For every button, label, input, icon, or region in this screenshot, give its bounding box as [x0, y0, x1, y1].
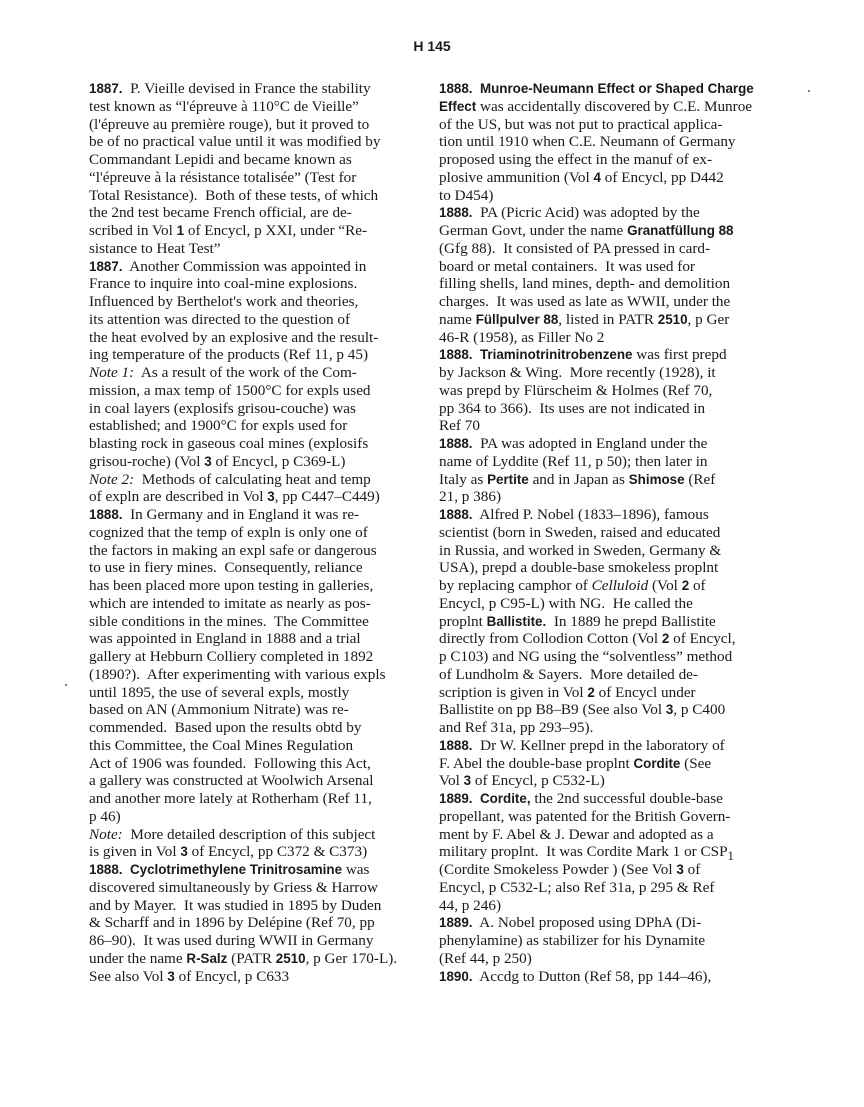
text: Dr W. Kellner prepd in the laboratory of — [473, 737, 725, 754]
text-line: 1890. Accdg to Dutton (Ref 58, pp 144–46… — [439, 968, 784, 986]
text-line: mission, a max temp of 1500°C for expls … — [89, 382, 434, 400]
left-column: 1887. P. Vieille devised in France the s… — [89, 80, 434, 985]
text-line: a gallery was constructed at Woolwich Ar… — [89, 772, 434, 790]
text: F. Abel the double-base proplnt — [439, 755, 634, 772]
text: a gallery was constructed at Woolwich Ar… — [89, 772, 373, 789]
text: commended. Based upon the results obtd b… — [89, 719, 362, 736]
text: Influenced by Berthelot's work and theor… — [89, 293, 358, 310]
text: in coal layers (explosifs grisou-couche)… — [89, 400, 356, 417]
text: was prepd by Flürscheim & Holmes (Ref 70… — [439, 382, 712, 399]
bold-text: Granatfüllung 88 — [627, 223, 733, 238]
text: In 1889 he prepd Ballistite — [546, 613, 716, 630]
text-line: (l'épreuve au première rouge), but it pr… — [89, 116, 434, 134]
bold-text: Cordite — [634, 756, 681, 771]
text: military proplnt. It was Cordite Mark 1 … — [439, 843, 728, 860]
text: 46-R (1958), as Filler No 2 — [439, 329, 604, 346]
bold-text: 1887. — [89, 259, 123, 274]
text-line: p 46) — [89, 808, 434, 826]
text-line: commended. Based upon the results obtd b… — [89, 719, 434, 737]
text-line: to D454) — [439, 187, 784, 205]
text-line: propellant, was patented for the British… — [439, 808, 784, 826]
text-line: France to inquire into coal-mine explosi… — [89, 275, 434, 293]
text: has been placed more upon testing in gal… — [89, 577, 373, 594]
text: of Encycl, p C532-L) — [471, 772, 605, 789]
text: “l'épreuve à la résistance totalisée” (T… — [89, 169, 356, 186]
text: USA), prepd a double-base smokeless prop… — [439, 559, 718, 576]
text: gallery at Hebburn Colliery completed in… — [89, 648, 373, 665]
text-line: proplnt Ballistite. In 1889 he prepd Bal… — [439, 613, 784, 631]
text: based on AN (Ammonium Nitrate) was re- — [89, 701, 349, 718]
text-line: and by Mayer. It was studied in 1895 by … — [89, 897, 434, 915]
text: See also Vol — [89, 968, 167, 985]
scan-speck — [339, 109, 341, 111]
scan-speck — [808, 90, 810, 92]
text-line: Commandant Lepidi and became known as — [89, 151, 434, 169]
text: blasting rock in gaseous coal mines (exp… — [89, 435, 368, 452]
text-line: cognized that the temp of expln is only … — [89, 524, 434, 542]
text: to use in fiery mines. Consequently, rel… — [89, 559, 363, 576]
bold-text: 1888. — [89, 507, 123, 522]
text: France to inquire into coal-mine explosi… — [89, 275, 357, 292]
text-line: Influenced by Berthelot's work and theor… — [89, 293, 434, 311]
text-line: 44, p 246) — [439, 897, 784, 915]
text: proplnt — [439, 613, 487, 630]
text-line: was appointed in England in 1888 and a t… — [89, 630, 434, 648]
text: and in Japan as — [529, 471, 629, 488]
text-line: scription is given in Vol 2 of Encycl un… — [439, 684, 784, 702]
text-line: Encycl, p C532-L; also Ref 31a, p 295 & … — [439, 879, 784, 897]
right-column: 1888. Munroe-Neumann Effect or Shaped Ch… — [439, 80, 784, 985]
text: 21, p 386) — [439, 488, 501, 505]
text-line: “l'épreuve à la résistance totalisée” (T… — [89, 169, 434, 187]
text: discovered simultaneously by Griess & Ha… — [89, 879, 378, 896]
text-line: 86–90). It was used during WWII in Germa… — [89, 932, 434, 950]
text-line: 1888. PA was adopted in England under th… — [439, 435, 784, 453]
text: and another more lately at Rotherham (Re… — [89, 790, 372, 807]
text: 44, p 246) — [439, 897, 501, 914]
text: Italy as — [439, 471, 487, 488]
text-line: by replacing camphor of Celluloid (Vol 2… — [439, 577, 784, 595]
text-line: Note 1: As a result of the work of the C… — [89, 364, 434, 382]
text: (See — [680, 755, 711, 772]
text: German Govt, under the name — [439, 222, 627, 239]
text-line: (Cordite Smokeless Powder ) (See Vol 3 o… — [439, 861, 784, 879]
text-line: proposed using the effect in the manuf o… — [439, 151, 784, 169]
text: of Encycl, p C633 — [175, 968, 289, 985]
text: Accdg to Dutton (Ref 58, pp 144–46), — [473, 968, 712, 985]
text: (Vol — [648, 577, 681, 594]
text: to D454) — [439, 187, 493, 204]
text-line: discovered simultaneously by Griess & Ha… — [89, 879, 434, 897]
text: (Gfg 88). It consisted of PA pressed in … — [439, 240, 710, 257]
text: ment by F. Abel & J. Dewar and adopted a… — [439, 826, 714, 843]
text-line: Encycl, p C95-L) with NG. He called the — [439, 595, 784, 613]
text-line: by Jackson & Wing. More recently (1928),… — [439, 364, 784, 382]
text-line: See also Vol 3 of Encycl, p C633 — [89, 968, 434, 986]
text: More detailed description of this subjec… — [123, 826, 376, 843]
text-line: grisou-roche) (Vol 3 of Encycl, p C369-L… — [89, 453, 434, 471]
text: In Germany and in England it was re- — [123, 506, 360, 523]
text: charges. It was used as late as WWII, un… — [439, 293, 730, 310]
text: tion until 1910 when C.E. Neumann of Ger… — [439, 133, 736, 150]
text-line: 46-R (1958), as Filler No 2 — [439, 329, 784, 347]
text: of expln are described in Vol — [89, 488, 267, 505]
text-line: in Russia, and worked in Sweden, Germany… — [439, 542, 784, 560]
text-line: the 2nd test became French official, are… — [89, 204, 434, 222]
text: the heat evolved by an explosive and the… — [89, 329, 378, 346]
bold-text: 2 — [587, 685, 594, 700]
text: directly from Collodion Cotton (Vol — [439, 630, 662, 647]
text: its attention was directed to the questi… — [89, 311, 350, 328]
text: was appointed in England in 1888 and a t… — [89, 630, 361, 647]
bold-text: Effect — [439, 99, 476, 114]
bold-text: 2510 — [658, 312, 688, 327]
text: be of no practical value until it was mo… — [89, 133, 380, 150]
text: scientist (born in Sweden, raised and ed… — [439, 524, 720, 541]
text-line: which are intended to imitate as nearly … — [89, 595, 434, 613]
text: name of Lyddite (Ref 11, p 50); then lat… — [439, 453, 708, 470]
text: scription is given in Vol — [439, 684, 587, 701]
text-line: scribed in Vol 1 of Encycl, p XXI, under… — [89, 222, 434, 240]
text: plosive ammunition (Vol — [439, 169, 594, 186]
text-line: board or metal containers. It was used f… — [439, 258, 784, 276]
text: of — [684, 861, 700, 878]
bold-text: 1888. — [439, 738, 473, 753]
text: and by Mayer. It was studied in 1895 by … — [89, 897, 381, 914]
text-line: 1888. Munroe-Neumann Effect or Shaped Ch… — [439, 80, 784, 98]
text: proposed using the effect in the manuf o… — [439, 151, 712, 168]
text-line: scientist (born in Sweden, raised and ed… — [439, 524, 784, 542]
text: of — [689, 577, 705, 594]
text-line: has been placed more upon testing in gal… — [89, 577, 434, 595]
text-line: sistance to Heat Test” — [89, 240, 434, 258]
text-line: and another more lately at Rotherham (Re… — [89, 790, 434, 808]
text-line: under the name R-Salz (PATR 2510, p Ger … — [89, 950, 434, 968]
italic-text: Celluloid — [592, 577, 649, 594]
text-line: Ballistite on pp B8–B9 (See also Vol 3, … — [439, 701, 784, 719]
text-line: 1888. In Germany and in England it was r… — [89, 506, 434, 524]
text-line: test known as “l'épreuve à 110°C de Viei… — [89, 98, 434, 116]
bold-text: 1888. — [439, 436, 473, 451]
text: (l'épreuve au première rouge), but it pr… — [89, 116, 369, 133]
text-line: plosive ammunition (Vol 4 of Encycl, pp … — [439, 169, 784, 187]
text-line: the factors in making an expl safe or da… — [89, 542, 434, 560]
bold-text: 1888. Munroe-Neumann Effect or Shaped Ch… — [439, 81, 754, 96]
text-line: this Committee, the Coal Mines Regulatio… — [89, 737, 434, 755]
text-line: Effect was accidentally discovered by C.… — [439, 98, 784, 116]
text: p 46) — [89, 808, 121, 825]
text: 86–90). It was used during WWII in Germa… — [89, 932, 373, 949]
text-line: (1890?). After experimenting with variou… — [89, 666, 434, 684]
bold-text: 3 — [180, 844, 187, 859]
text: of Encycl, p C369-L) — [212, 453, 346, 470]
text: by replacing camphor of — [439, 577, 592, 594]
text-line: 1889. A. Nobel proposed using DPhA (Di- — [439, 914, 784, 932]
text: Total Resistance). Both of these tests, … — [89, 187, 378, 204]
bold-text: 3 — [267, 489, 274, 504]
text-line: p C103) and NG using the “solventless” m… — [439, 648, 784, 666]
text-line: 1887. P. Vieille devised in France the s… — [89, 80, 434, 98]
text-line: sible conditions in the mines. The Commi… — [89, 613, 434, 631]
text-line: F. Abel the double-base proplnt Cordite … — [439, 755, 784, 773]
bold-text: 1889. — [439, 915, 473, 930]
bold-text: R-Salz — [186, 951, 227, 966]
text: p C103) and NG using the “solventless” m… — [439, 648, 732, 665]
text: Alfred P. Nobel (1833–1896), famous — [473, 506, 709, 523]
text-line: blasting rock in gaseous coal mines (exp… — [89, 435, 434, 453]
bold-text: 3 — [167, 969, 174, 984]
text: (Ref 44, p 250) — [439, 950, 532, 967]
text-line: gallery at Hebburn Colliery completed in… — [89, 648, 434, 666]
bold-text: 3 — [676, 862, 683, 877]
bold-text: Shimose — [629, 472, 685, 487]
bold-text: 1887. — [89, 81, 123, 96]
italic-text: Note 1: — [89, 364, 134, 381]
text-line: & Scharff and in 1896 by Delépine (Ref 7… — [89, 914, 434, 932]
text-line: tion until 1910 when C.E. Neumann of Ger… — [439, 133, 784, 151]
text-line: Vol 3 of Encycl, p C532-L) — [439, 772, 784, 790]
text-line: USA), prepd a double-base smokeless prop… — [439, 559, 784, 577]
bold-text: 1888. — [439, 507, 473, 522]
bold-text: 1888. Cyclotrimethylene Trinitrosamine — [89, 862, 342, 877]
text: of the US, but was not put to practical … — [439, 116, 722, 133]
text: sible conditions in the mines. The Commi… — [89, 613, 369, 630]
text: propellant, was patented for the British… — [439, 808, 730, 825]
text: A. Nobel proposed using DPhA (Di- — [473, 914, 702, 931]
bold-text: Füllpulver 88 — [476, 312, 559, 327]
bold-text: 3 — [204, 454, 211, 469]
text: (PATR — [227, 950, 275, 967]
bold-text: 1890. — [439, 969, 473, 984]
text: of Encycl, — [669, 630, 735, 647]
text: under the name — [89, 950, 186, 967]
text: the 2nd test became French official, are… — [89, 204, 352, 221]
text: of Encycl under — [595, 684, 696, 701]
text: Methods of calculating heat and temp — [134, 471, 371, 488]
text: , p Ger 170-L). — [306, 950, 398, 967]
scan-speck — [65, 684, 67, 686]
bold-text: 1888. — [439, 205, 473, 220]
italic-text: Note 2: — [89, 471, 134, 488]
text-line: to use in fiery mines. Consequently, rel… — [89, 559, 434, 577]
text: , pp C447–C449) — [275, 488, 380, 505]
text-line: established; and 1900°C for expls used f… — [89, 417, 434, 435]
text: scribed in Vol — [89, 222, 177, 239]
text: (Cordite Smokeless Powder ) (See Vol — [439, 861, 676, 878]
text: , p C400 — [673, 701, 725, 718]
text: of Encycl, pp C372 & C373) — [188, 843, 367, 860]
text-line: German Govt, under the name Granatfüllun… — [439, 222, 784, 240]
text: , p Ger — [688, 311, 730, 328]
text: is given in Vol — [89, 843, 180, 860]
text: filling shells, land mines, depth- and d… — [439, 275, 730, 292]
text: was — [342, 861, 369, 878]
text: cognized that the temp of expln is only … — [89, 524, 368, 541]
text: P. Vieille devised in France the stabili… — [123, 80, 371, 97]
text-line: until 1895, the use of several expls, mo… — [89, 684, 434, 702]
text: PA was adopted in England under the — [473, 435, 708, 452]
text: and Ref 31a, pp 293–95). — [439, 719, 593, 736]
text: the factors in making an expl safe or da… — [89, 542, 377, 559]
text: which are intended to imitate as nearly … — [89, 595, 371, 612]
text-line: 1889. Cordite, the 2nd successful double… — [439, 790, 784, 808]
text-line: directly from Collodion Cotton (Vol 2 of… — [439, 630, 784, 648]
bold-text: 1 — [177, 223, 184, 238]
text: until 1895, the use of several expls, mo… — [89, 684, 349, 701]
bold-text: Pertite — [487, 472, 529, 487]
text-line: be of no practical value until it was mo… — [89, 133, 434, 151]
text: Commandant Lepidi and became known as — [89, 151, 352, 168]
text-line: 1888. Triaminotrinitrobenzene was first … — [439, 346, 784, 364]
text-line: charges. It was used as late as WWII, un… — [439, 293, 784, 311]
text: phenylamine) as stabilizer for his Dynam… — [439, 932, 705, 949]
text: & Scharff and in 1896 by Delépine (Ref 7… — [89, 914, 375, 931]
text: Encycl, p C95-L) with NG. He called the — [439, 595, 693, 612]
text-line: 1888. Alfred P. Nobel (1833–1896), famou… — [439, 506, 784, 524]
text: PA (Picric Acid) was adopted by the — [473, 204, 700, 221]
bold-text: Ballistite. — [487, 614, 547, 629]
page-number: H 145 — [0, 38, 864, 54]
text-line: military proplnt. It was Cordite Mark 1 … — [439, 843, 784, 861]
text: As a result of the work of the Com- — [134, 364, 357, 381]
text-line: filling shells, land mines, depth- and d… — [439, 275, 784, 293]
bold-text: 1888. Triaminotrinitrobenzene — [439, 347, 632, 362]
text: pp 364 to 366). Its uses are not indicat… — [439, 400, 705, 417]
text: (Ref — [685, 471, 716, 488]
text-line: name of Lyddite (Ref 11, p 50); then lat… — [439, 453, 784, 471]
text: board or metal containers. It was used f… — [439, 258, 695, 275]
text: established; and 1900°C for expls used f… — [89, 417, 347, 434]
bold-text: 3 — [464, 773, 471, 788]
text-line: of the US, but was not put to practical … — [439, 116, 784, 134]
text: Act of 1906 was founded. Following this … — [89, 755, 371, 772]
text: Encycl, p C532-L; also Ref 31a, p 295 & … — [439, 879, 714, 896]
text-line: 1887. Another Commission was appointed i… — [89, 258, 434, 276]
text-line: Note 2: Methods of calculating heat and … — [89, 471, 434, 489]
text-line: phenylamine) as stabilizer for his Dynam… — [439, 932, 784, 950]
text: of Lundholm & Sayers. More detailed de- — [439, 666, 698, 683]
text-line: Total Resistance). Both of these tests, … — [89, 187, 434, 205]
text: was accidentally discovered by C.E. Munr… — [476, 98, 752, 115]
text-line: ment by F. Abel & J. Dewar and adopted a… — [439, 826, 784, 844]
text: in Russia, and worked in Sweden, Germany… — [439, 542, 721, 559]
text-line: Note: More detailed description of this … — [89, 826, 434, 844]
text: this Committee, the Coal Mines Regulatio… — [89, 737, 353, 754]
text: by Jackson & Wing. More recently (1928),… — [439, 364, 716, 381]
bold-text: 4 — [594, 170, 601, 185]
bold-text: 2510 — [276, 951, 306, 966]
text-line: was prepd by Flürscheim & Holmes (Ref 70… — [439, 382, 784, 400]
text-line: of expln are described in Vol 3, pp C447… — [89, 488, 434, 506]
text: Ref 70 — [439, 417, 480, 434]
text-line: ing temperature of the products (Ref 11,… — [89, 346, 434, 364]
text-line: is given in Vol 3 of Encycl, pp C372 & C… — [89, 843, 434, 861]
text: Vol — [439, 772, 464, 789]
text: , listed in PATR — [558, 311, 657, 328]
text-line: 1888. PA (Picric Acid) was adopted by th… — [439, 204, 784, 222]
text: ing temperature of the products (Ref 11,… — [89, 346, 368, 363]
text-line: 1888. Dr W. Kellner prepd in the laborat… — [439, 737, 784, 755]
text-line: of Lundholm & Sayers. More detailed de- — [439, 666, 784, 684]
text: the 2nd successful double-base — [531, 790, 723, 807]
text: of Encycl, pp D442 — [601, 169, 724, 186]
text-line: 1888. Cyclotrimethylene Trinitrosamine w… — [89, 861, 434, 879]
text-line: 21, p 386) — [439, 488, 784, 506]
text-line: (Gfg 88). It consisted of PA pressed in … — [439, 240, 784, 258]
text-line: based on AN (Ammonium Nitrate) was re- — [89, 701, 434, 719]
text: Another Commission was appointed in — [123, 258, 367, 275]
text-line: in coal layers (explosifs grisou-couche)… — [89, 400, 434, 418]
text-line: and Ref 31a, pp 293–95). — [439, 719, 784, 737]
text: grisou-roche) (Vol — [89, 453, 204, 470]
text-line: the heat evolved by an explosive and the… — [89, 329, 434, 347]
italic-text: Note: — [89, 826, 123, 843]
text-line: pp 364 to 366). Its uses are not indicat… — [439, 400, 784, 418]
text: mission, a max temp of 1500°C for expls … — [89, 382, 371, 399]
text: test known as “l'épreuve à 110°C de Viei… — [89, 98, 359, 115]
text: Ballistite on pp B8–B9 (See also Vol — [439, 701, 666, 718]
text-line: its attention was directed to the questi… — [89, 311, 434, 329]
text-line: Act of 1906 was founded. Following this … — [89, 755, 434, 773]
text: name — [439, 311, 476, 328]
text: was first prepd — [632, 346, 726, 363]
subscript: 1 — [728, 849, 734, 863]
text: (1890?). After experimenting with variou… — [89, 666, 386, 683]
text-line: (Ref 44, p 250) — [439, 950, 784, 968]
text-line: Italy as Pertite and in Japan as Shimose… — [439, 471, 784, 489]
bold-text: 1889. Cordite, — [439, 791, 531, 806]
text: of Encycl, p XXI, under “Re- — [184, 222, 367, 239]
text-line: Ref 70 — [439, 417, 784, 435]
text: sistance to Heat Test” — [89, 240, 221, 257]
text-line: name Füllpulver 88, listed in PATR 2510,… — [439, 311, 784, 329]
